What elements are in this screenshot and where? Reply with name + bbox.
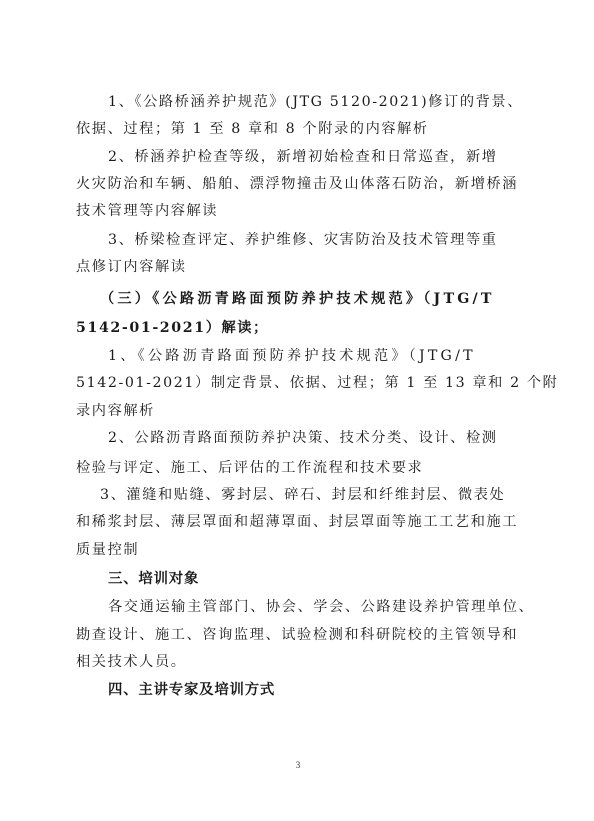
list-item-2-line-2: 火灾防治和车辆、船舶、漂浮物撞击及山体落石防治，新增桥涵 (76, 172, 520, 196)
section-heading-training-audience: 三、培训对象 (108, 567, 520, 591)
sub-item-2-line-1: 2、公路沥青路面预防养护决策、技术分类、设计、检测 (108, 426, 520, 450)
sub-item-3-line-1: 3、灌缝和贴缝、雾封层、碎石、封层和纤维封层、微表处 (100, 483, 520, 507)
audience-paragraph-line-1: 各交通运输主管部门、协会、学会、公路建设养护管理单位、 (108, 595, 520, 619)
sub-item-1-line-1: 1、《公路沥青路面预防养护技术规范》（JTG/T (108, 344, 520, 368)
list-item-3-line-1: 3、桥梁检查评定、养护维修、灾害防治及技术管理等重 (108, 228, 520, 252)
list-item-1-line-1: 1、《公路桥涵养护规范》(JTG 5120-2021)修订的背景、 (108, 90, 520, 114)
sub-item-1-line-2: 5142-01-2021）制定背景、依据、过程；第 1 至 13 章和 2 个附 (76, 371, 520, 395)
sub-item-3-line-2: 和稀浆封层、薄层罩面和超薄罩面、封层罩面等施工工艺和施工 (76, 510, 520, 534)
audience-paragraph-line-2: 勘查设计、施工、咨询监理、试验检测和科研院校的主管领导和 (76, 623, 520, 647)
sub-item-3-line-3: 质量控制 (76, 538, 520, 562)
audience-paragraph-line-3: 相关技术人员。 (76, 650, 520, 674)
sub-item-2-line-2: 检验与评定、施工、后评估的工作流程和技术要求 (76, 456, 520, 480)
list-item-1-line-2: 依据、过程；第 1 至 8 章和 8 个附录的内容解析 (76, 117, 520, 141)
list-item-3-line-2: 点修订内容解读 (76, 255, 520, 279)
page-number: 3 (292, 760, 304, 770)
sub-item-1-line-3: 录内容解析 (76, 399, 520, 423)
subsection-heading-3-line-1: （三）《公路沥青路面预防养护技术规范》（JTG/T (100, 287, 520, 311)
list-item-2-line-1: 2、桥涵养护检查等级，新增初始检查和日常巡查，新增 (108, 145, 520, 169)
section-heading-speakers-and-format: 四、主讲专家及培训方式 (108, 678, 520, 702)
subsection-heading-3-line-2: 5142-01-2021）解读； (76, 316, 520, 340)
document-page: 1、《公路桥涵养护规范》(JTG 5120-2021)修订的背景、 依据、过程；… (0, 0, 594, 821)
list-item-2-line-3: 技术管理等内容解读 (76, 199, 520, 223)
